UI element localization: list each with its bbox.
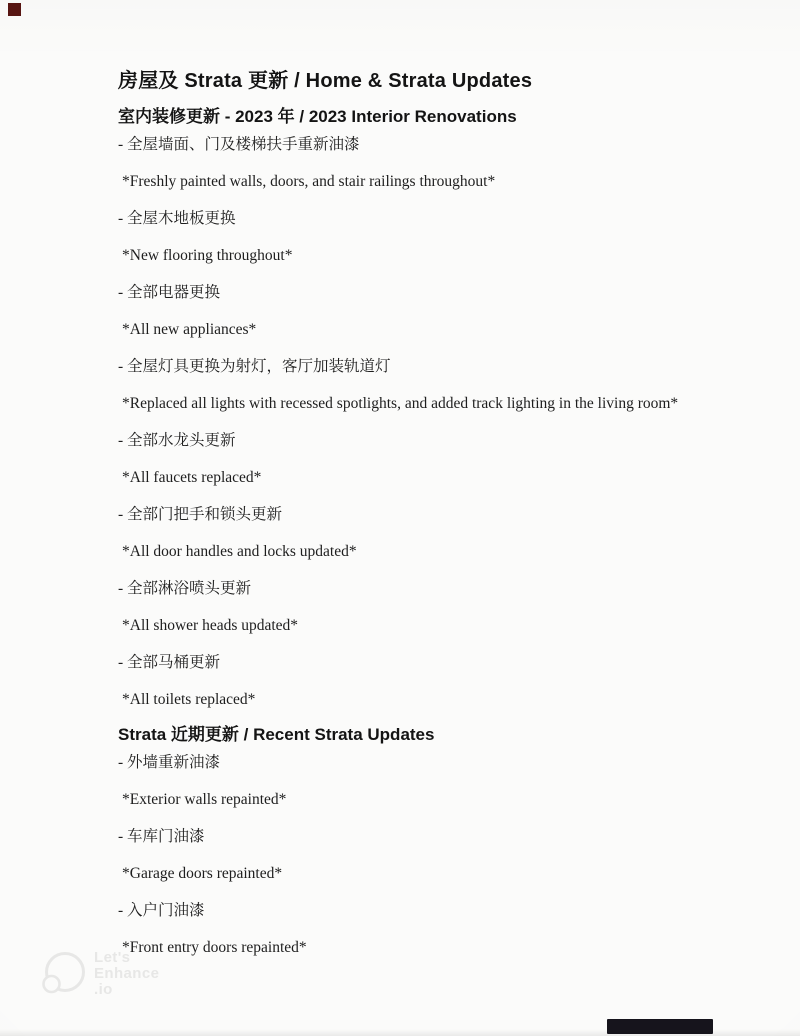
list-item-en: *New flooring throughout* <box>118 247 758 264</box>
list-item-zh: - 全屋木地板更换 <box>118 210 758 227</box>
list-item-zh: - 全部电器更换 <box>118 284 758 301</box>
list-item-en: *Front entry doors repainted* <box>118 939 758 956</box>
list-item-en: *Exterior walls repainted* <box>118 791 758 808</box>
list-item-en: *All faucets replaced* <box>118 469 758 486</box>
section-heading: Strata 近期更新 / Recent Strata Updates <box>118 725 758 745</box>
corner-artifact-red-square <box>8 3 21 16</box>
bottom-edge-shadow <box>0 1029 800 1036</box>
sections-container: 室内装修更新 - 2023 年 / 2023 Interior Renovati… <box>118 107 758 956</box>
letsenhance-logo-icon <box>38 946 90 998</box>
list-item-en: *All toilets replaced* <box>118 691 758 708</box>
list-item-en: *Freshly painted walls, doors, and stair… <box>118 173 758 190</box>
list-item-zh: - 全部水龙头更新 <box>118 432 758 449</box>
list-item-zh: - 全屋灯具更换为射灯，客厅加装轨道灯 <box>118 358 758 375</box>
watermark-line: .io <box>94 982 159 998</box>
list-item-en: *Replaced all lights with recessed spotl… <box>118 395 758 412</box>
list-item-zh: - 全屋墙面、门及楼梯扶手重新油漆 <box>118 136 758 153</box>
list-item-zh: - 入户门油漆 <box>118 902 758 919</box>
list-item-zh: - 车库门油漆 <box>118 828 758 845</box>
section-heading: 室内装修更新 - 2023 年 / 2023 Interior Renovati… <box>118 107 758 127</box>
list-item-zh: - 全部门把手和锁头更新 <box>118 506 758 523</box>
list-item-en: *Garage doors repainted* <box>118 865 758 882</box>
list-item-zh: - 全部淋浴喷头更新 <box>118 580 758 597</box>
page-title: 房屋及 Strata 更新 / Home & Strata Updates <box>118 70 758 92</box>
list-item-en: *All door handles and locks updated* <box>118 543 758 560</box>
list-item-zh: - 外墙重新油漆 <box>118 754 758 771</box>
watermark-line: Enhance <box>94 966 159 982</box>
list-item-en: *All shower heads updated* <box>118 617 758 634</box>
list-item-zh: - 全部马桶更新 <box>118 654 758 671</box>
list-item-en: *All new appliances* <box>118 321 758 338</box>
document-body: 房屋及 Strata 更新 / Home & Strata Updates 室内… <box>118 0 758 956</box>
